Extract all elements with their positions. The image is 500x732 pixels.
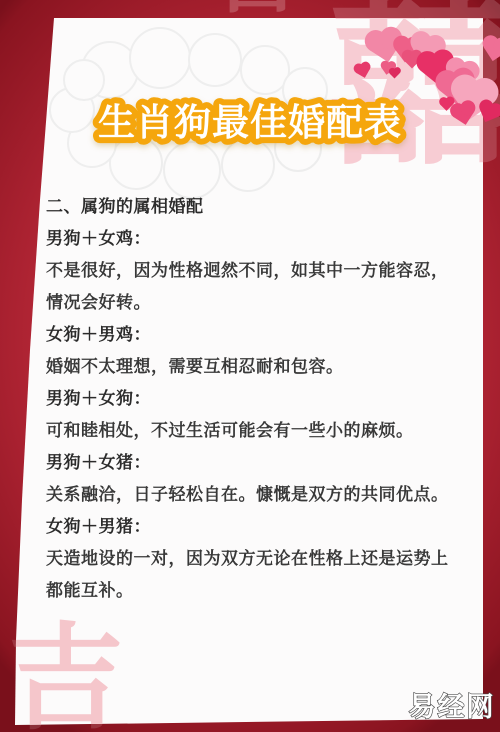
section-heading: 二、属狗的属相婚配 bbox=[46, 191, 460, 223]
content-card: 囍 吉 生肖狗最佳婚配表 二、属狗的属相婚配 男狗＋女鸡： 不是很好，因为性格迥… bbox=[0, 0, 500, 732]
pair-heading: 女狗＋男猪： bbox=[46, 511, 460, 543]
site-watermark: 易经网 bbox=[402, 688, 500, 728]
compatibility-text: 二、属狗的属相婚配 男狗＋女鸡： 不是很好，因为性格迥然不同，如其中一方能容忍，… bbox=[46, 191, 460, 607]
page-title: 生肖狗最佳婚配表 bbox=[98, 102, 402, 143]
luck-glyph-watermark-top: 吉 bbox=[213, 0, 301, 18]
pair-description-line: 天造地设的一对，因为双方无论在性格上还是运势上 bbox=[46, 543, 460, 575]
site-watermark-text: 易经网 bbox=[409, 692, 496, 722]
pair-heading: 男狗＋女鸡： bbox=[46, 223, 460, 255]
pair-heading: 男狗＋女狗： bbox=[46, 383, 460, 415]
pair-description-line: 不是很好，因为性格迥然不同，如其中一方能容忍， bbox=[46, 255, 460, 287]
pair-description-line: 婚姻不太理想，需要互相忍耐和包容。 bbox=[46, 351, 460, 383]
pair-description-line: 情况会好转。 bbox=[46, 287, 460, 319]
pair-heading: 男狗＋女猪： bbox=[46, 447, 460, 479]
luck-glyph-watermark-bottom: 吉 bbox=[8, 622, 123, 732]
pair-description-line: 关系融洽，日子轻松自在。慷慨是双方的共同优点。 bbox=[46, 479, 460, 511]
pair-heading: 女狗＋男鸡： bbox=[46, 319, 460, 351]
pair-description-line: 都能互补。 bbox=[46, 575, 460, 607]
pair-description-line: 可和睦相处，不过生活可能会有一些小的麻烦。 bbox=[46, 415, 460, 447]
infographic-page: { "title": { "text": "生肖狗最佳婚配表", "fill_c… bbox=[0, 0, 500, 732]
title-banner: 生肖狗最佳婚配表 bbox=[35, 82, 465, 158]
